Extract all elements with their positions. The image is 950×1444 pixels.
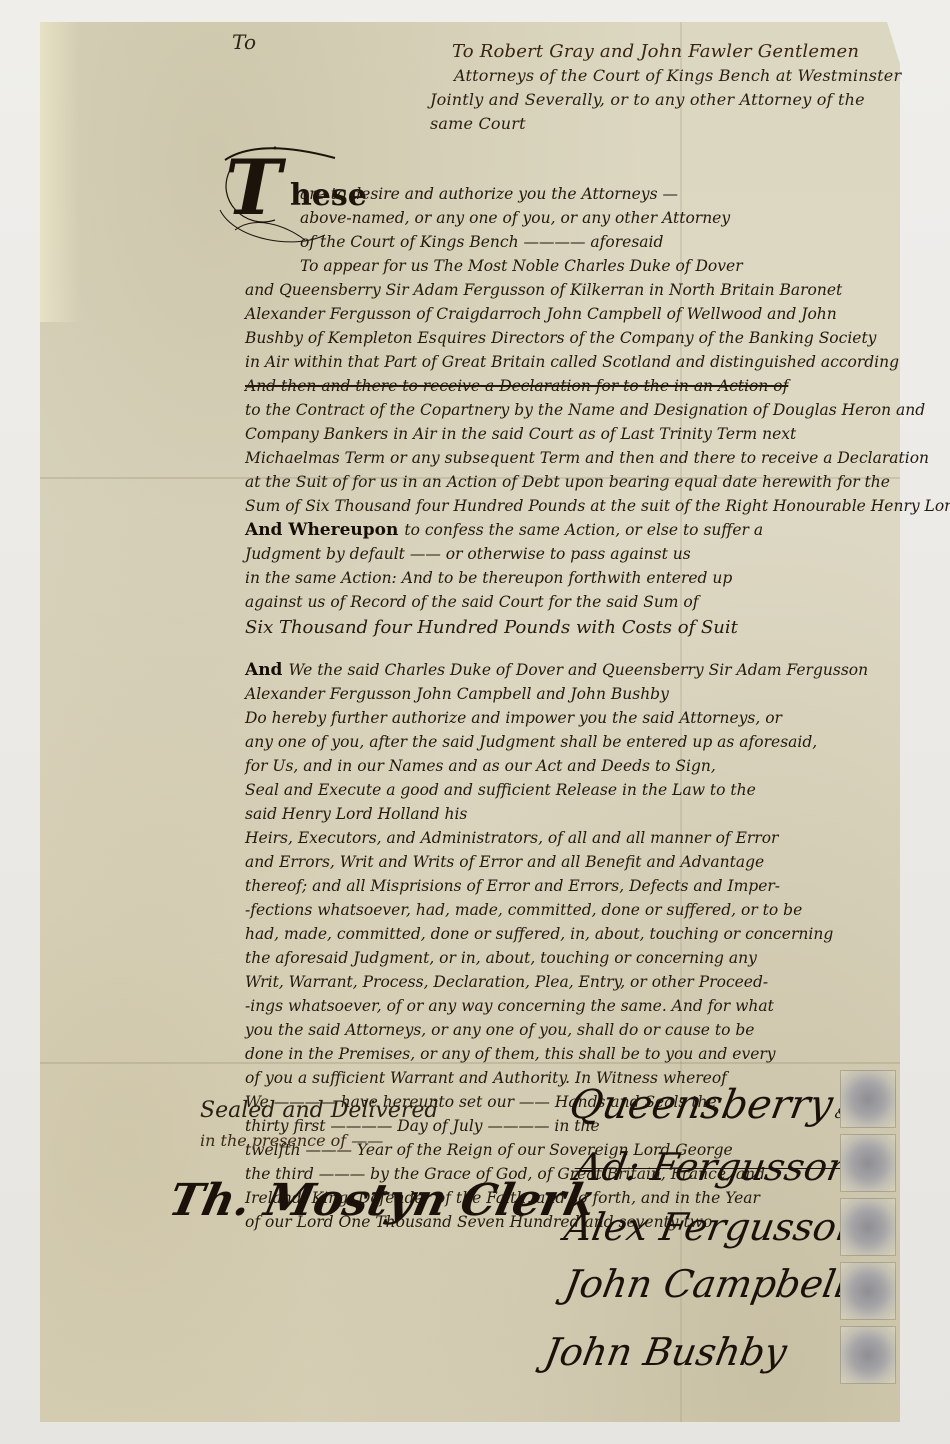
document-line: Writ, Warrant, Process, Declaration, Ple…: [245, 970, 905, 994]
document-line: above-named, or any one of you, or any o…: [245, 206, 905, 230]
document-line: to the Contract of the Copartnery by the…: [245, 398, 905, 422]
line-text: the aforesaid Judgment, or in, about, to…: [245, 949, 757, 967]
addressee-block: To Robert Gray and John Fawler Gentlemen…: [430, 40, 901, 136]
line-text: in the same Action: And to be thereupon …: [245, 569, 732, 587]
document-line: Alexander Fergusson John Campbell and Jo…: [245, 682, 905, 706]
line-text: against us of Record of the said Court f…: [245, 593, 699, 611]
line-text: Bushby of Kempleton Esquires Directors o…: [245, 329, 876, 347]
line-text: said Henry Lord Holland his: [245, 805, 467, 823]
line-text: and Errors, Writ and Writs of Error and …: [245, 853, 764, 871]
wax-seal-icon: [840, 1262, 896, 1320]
line-text: you the said Attorneys, or any one of yo…: [245, 1021, 754, 1039]
document-line: for Us, and in our Names and as our Act …: [245, 754, 905, 778]
document-line: in the same Action: And to be thereupon …: [245, 566, 905, 590]
line-text: Alexander Fergusson John Campbell and Jo…: [245, 685, 669, 703]
paper-damage: [40, 22, 80, 322]
addressee-line: To Robert Gray and John Fawler Gentlemen: [430, 40, 901, 64]
line-text: done in the Premises, or any of them, th…: [245, 1045, 776, 1063]
line-text: Heirs, Executors, and Administrators, of…: [245, 829, 778, 847]
line-text: of the Court of Kings Bench ———— aforesa…: [300, 233, 663, 251]
document-line: Company Bankers in Air in the said Court…: [245, 422, 905, 446]
line-text: -fections whatsoever, had, made, committ…: [245, 901, 802, 919]
sealed-delivered-label: Sealed and Delivered: [200, 1098, 439, 1123]
line-text: Sum of Six Thousand four Hundred Pounds …: [245, 497, 950, 515]
line-text: any one of you, after the said Judgment …: [245, 733, 817, 751]
line-text: Judgment by default —— or otherwise to p…: [245, 545, 691, 563]
document-line: Do hereby further authorize and impower …: [245, 706, 905, 730]
line-text: and Queensberry Sir Adam Fergusson of Ki…: [245, 281, 842, 299]
signature-john-bushby: John Bushby: [541, 1330, 790, 1374]
blackletter-lead: And: [245, 660, 282, 680]
line-text: And then and there to receive a Declarat…: [245, 377, 788, 395]
document-line: And Whereuponto confess the same Action,…: [245, 518, 905, 542]
document-line: And then and there to receive a Declarat…: [245, 374, 905, 398]
line-text: had, made, committed, done or suffered, …: [245, 925, 833, 943]
addressee-line: same Court: [430, 112, 901, 136]
document-line: the aforesaid Judgment, or in, about, to…: [245, 946, 905, 970]
signature-name: Queensberry: [566, 1082, 836, 1128]
document-line: To appear for us The Most Noble Charles …: [245, 254, 905, 278]
addressee-line: Attorneys of the Court of Kings Bench at…: [430, 64, 901, 88]
document-line: Seal and Execute a good and sufficient R…: [245, 778, 905, 802]
document-line: Bushby of Kempleton Esquires Directors o…: [245, 326, 905, 350]
document-line: Judgment by default —— or otherwise to p…: [245, 542, 905, 566]
document-line: Michaelmas Term or any subsequent Term a…: [245, 446, 905, 470]
attestation-block: Sealed and Delivered in the presence of …: [200, 1098, 439, 1150]
line-text: Seal and Execute a good and sufficient R…: [245, 781, 756, 799]
document-line: -fections whatsoever, had, made, committ…: [245, 898, 905, 922]
line-text: -ings whatsoever, of or any way concerni…: [245, 997, 774, 1015]
document-line: said Henry Lord Holland his: [245, 802, 905, 826]
document-line: had, made, committed, done or suffered, …: [245, 922, 905, 946]
line-text: Do hereby further authorize and impower …: [245, 709, 782, 727]
document-line: thereof; and all Misprisions of Error an…: [245, 874, 905, 898]
document-line: at the Suit of for us in an Action of De…: [245, 470, 905, 494]
line-text: to confess the same Action, or else to s…: [404, 521, 763, 539]
line-text: thereof; and all Misprisions of Error an…: [245, 877, 780, 895]
line-text: Alexander Fergusson of Craigdarroch John…: [245, 305, 837, 323]
signature-alex-fergusson: Alex Fergusson: [561, 1205, 864, 1249]
witness-signature: Th. Mostyn Clerk: [165, 1175, 601, 1226]
document-line: and Errors, Writ and Writs of Error and …: [245, 850, 905, 874]
line-text: To appear for us The Most Noble Charles …: [300, 257, 743, 275]
signature-queensberry: Queensberry&c: [566, 1082, 861, 1128]
signature-adam-fergusson: Ad: Fergusson: [571, 1145, 856, 1189]
line-text: above-named, or any one of you, or any o…: [300, 209, 730, 227]
document-line: you the said Attorneys, or any one of yo…: [245, 1018, 905, 1042]
wax-seal-icon: [840, 1070, 896, 1128]
presence-label: in the presence of ——: [200, 1131, 439, 1150]
line-text: Writ, Warrant, Process, Declaration, Ple…: [245, 973, 768, 991]
line-text: Michaelmas Term or any subsequent Term a…: [245, 449, 929, 467]
document-line: Sum of Six Thousand four Hundred Pounds …: [245, 494, 905, 518]
document-line: Heirs, Executors, and Administrators, of…: [245, 826, 905, 850]
document-line: and Queensberry Sir Adam Fergusson of Ki…: [245, 278, 905, 302]
line-text: in Air within that Part of Great Britain…: [245, 353, 899, 371]
document-line: -ings whatsoever, of or any way concerni…: [245, 994, 905, 1018]
wax-seals: [840, 1070, 896, 1390]
document-line: Alexander Fergusson of Craigdarroch John…: [245, 302, 905, 326]
document-line: against us of Record of the said Court f…: [245, 590, 905, 614]
wax-seal-icon: [840, 1134, 896, 1192]
line-text: to the Contract of the Copartnery by the…: [245, 401, 925, 419]
document-line: are to desire and authorize you the Atto…: [245, 182, 905, 206]
document-line: Six Thousand four Hundred Pounds with Co…: [245, 614, 905, 642]
line-text: Six Thousand four Hundred Pounds with Co…: [245, 617, 738, 638]
blackletter-lead: And Whereupon: [245, 520, 398, 540]
wax-seal-icon: [840, 1198, 896, 1256]
addressee-line: Jointly and Severally, or to any other A…: [430, 88, 901, 112]
wax-seal-icon: [840, 1326, 896, 1384]
document-line: of the Court of Kings Bench ———— aforesa…: [245, 230, 905, 254]
document-line: done in the Premises, or any of them, th…: [245, 1042, 905, 1066]
line-text: at the Suit of for us in an Action of De…: [245, 473, 890, 491]
document-body: are to desire and authorize you the Atto…: [245, 182, 905, 1234]
to-label: To: [232, 30, 256, 54]
document-line: AndWe the said Charles Duke of Dover and…: [245, 658, 905, 682]
line-text: Company Bankers in Air in the said Court…: [245, 425, 796, 443]
signature-john-campbell: John Campbell: [561, 1262, 851, 1306]
document-line: any one of you, after the said Judgment …: [245, 730, 905, 754]
document-line: in Air within that Part of Great Britain…: [245, 350, 905, 374]
line-text: for Us, and in our Names and as our Act …: [245, 757, 716, 775]
line-text: We the said Charles Duke of Dover and Qu…: [288, 661, 868, 679]
line-text: are to desire and authorize you the Atto…: [300, 185, 678, 203]
